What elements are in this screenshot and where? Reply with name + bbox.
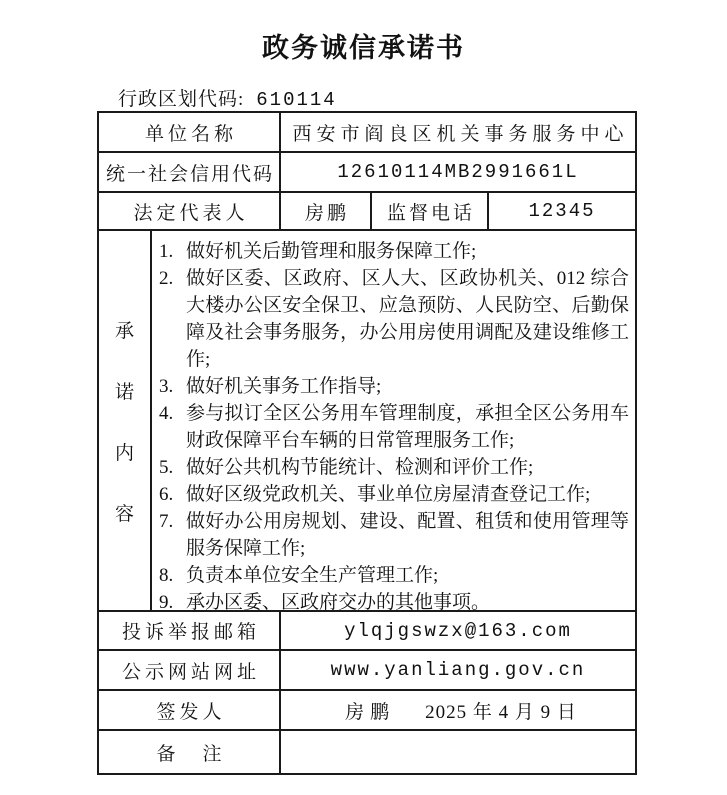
commitment-item-number: 7. <box>159 508 186 535</box>
commitment-item-text: 做好区委、区政府、区人大、区政协机关、012 综合大楼办公区安全保卫、应急预防、… <box>186 265 629 373</box>
page-title: 政务诚信承诺书 <box>0 26 727 65</box>
commitment-label-char: 诺 <box>115 377 134 404</box>
table-row-website: 公示网站网址 www.yanliang.gov.cn <box>99 649 635 689</box>
admin-code-line: 行政区划代码: 610114 <box>118 84 337 111</box>
commitment-item: 6. 做好区级党政机关、事业单位房屋清查登记工作; <box>159 481 629 508</box>
table-row-legal-rep: 法定代表人 房鹏 监督电话 12345 <box>99 191 635 229</box>
commitment-item: 7. 做好办公用房规划、建设、配置、租赁和使用管理等服务保障工作; <box>159 508 629 562</box>
supervision-phone-label: 监督电话 <box>370 193 487 229</box>
issuer-value: 房鹏 2025 年 4 月 9 日 <box>279 691 635 729</box>
supervision-phone-value: 12345 <box>487 193 635 229</box>
table-row-credit-code: 统一社会信用代码 12610114MB2991661L <box>99 151 635 191</box>
commitment-item: 1. 做好机关后勤管理和服务保障工作; <box>159 238 629 265</box>
commitment-item: 3. 做好机关事务工作指导; <box>159 373 629 400</box>
admin-code-value: 610114 <box>256 89 336 111</box>
table-row-unit-name: 单位名称 西安市阎良区机关事务服务中心 <box>99 113 635 151</box>
commitment-item: 2. 做好区委、区政府、区人大、区政协机关、012 综合大楼办公区安全保卫、应急… <box>159 265 629 373</box>
table-row-remarks: 备 注 <box>99 729 635 773</box>
commitment-form-table: 单位名称 西安市阎良区机关事务服务中心 统一社会信用代码 12610114MB2… <box>97 111 637 775</box>
commitment-label-char: 容 <box>115 499 134 526</box>
credit-code-label: 统一社会信用代码 <box>99 153 279 191</box>
remarks-label: 备 注 <box>99 731 279 773</box>
commitment-content: 1. 做好机关后勤管理和服务保障工作; 2. 做好区委、区政府、区人大、区政协机… <box>150 231 635 610</box>
commitment-item: 5. 做好公共机构节能统计、检测和评价工作; <box>159 454 629 481</box>
commitment-label-char: 承 <box>115 316 134 343</box>
commitment-item-text: 参与拟订全区公务用车管理制度，承担全区公务用车财政保障平台车辆的日常管理服务工作… <box>186 400 629 454</box>
commitment-label: 承 诺 内 容 <box>99 231 150 610</box>
complaint-email-label: 投诉举报邮箱 <box>99 612 279 649</box>
website-value: www.yanliang.gov.cn <box>279 651 635 689</box>
commitment-item-number: 8. <box>159 562 186 589</box>
credit-code-value: 12610114MB2991661L <box>279 153 635 191</box>
table-row-complaint-email: 投诉举报邮箱 ylqjgswzx@163.com <box>99 610 635 649</box>
website-label: 公示网站网址 <box>99 651 279 689</box>
table-row-commitment: 承 诺 内 容 1. 做好机关后勤管理和服务保障工作; 2. 做好区委、区政府、… <box>99 229 635 610</box>
unit-name-label: 单位名称 <box>99 113 279 151</box>
admin-code-label: 行政区划代码: <box>118 84 244 111</box>
commitment-item-number: 5. <box>159 454 186 481</box>
commitment-item: 4. 参与拟订全区公务用车管理制度，承担全区公务用车财政保障平台车辆的日常管理服… <box>159 400 629 454</box>
table-row-issuer: 签发人 房鹏 2025 年 4 月 9 日 <box>99 689 635 729</box>
commitment-item-number: 2. <box>159 265 186 292</box>
legal-rep-value: 房鹏 <box>279 193 370 229</box>
issuer-name: 房鹏 <box>339 697 395 724</box>
issuer-label: 签发人 <box>99 691 279 729</box>
commitment-item-text: 做好公共机构节能统计、检测和评价工作; <box>186 454 629 481</box>
remarks-value <box>279 731 635 773</box>
complaint-email-value: ylqjgswzx@163.com <box>279 612 635 649</box>
commitment-label-char: 内 <box>115 438 134 465</box>
commitment-item-text: 做好机关事务工作指导; <box>186 373 629 400</box>
commitment-item-text: 做好办公用房规划、建设、配置、租赁和使用管理等服务保障工作; <box>186 508 629 562</box>
commitment-item-text: 做好区级党政机关、事业单位房屋清查登记工作; <box>186 481 629 508</box>
commitment-item: 8. 负责本单位安全生产管理工作; <box>159 562 629 589</box>
commitment-item-text: 做好机关后勤管理和服务保障工作; <box>186 238 629 265</box>
commitment-item-number: 1. <box>159 238 186 265</box>
commitment-item-number: 4. <box>159 400 186 427</box>
issuer-date: 2025 年 4 月 9 日 <box>425 697 577 724</box>
commitment-item-number: 3. <box>159 373 186 400</box>
commitment-item-number: 6. <box>159 481 186 508</box>
unit-name-value: 西安市阎良区机关事务服务中心 <box>279 113 635 151</box>
legal-rep-label: 法定代表人 <box>99 193 279 229</box>
commitment-item-text: 负责本单位安全生产管理工作; <box>186 562 629 589</box>
